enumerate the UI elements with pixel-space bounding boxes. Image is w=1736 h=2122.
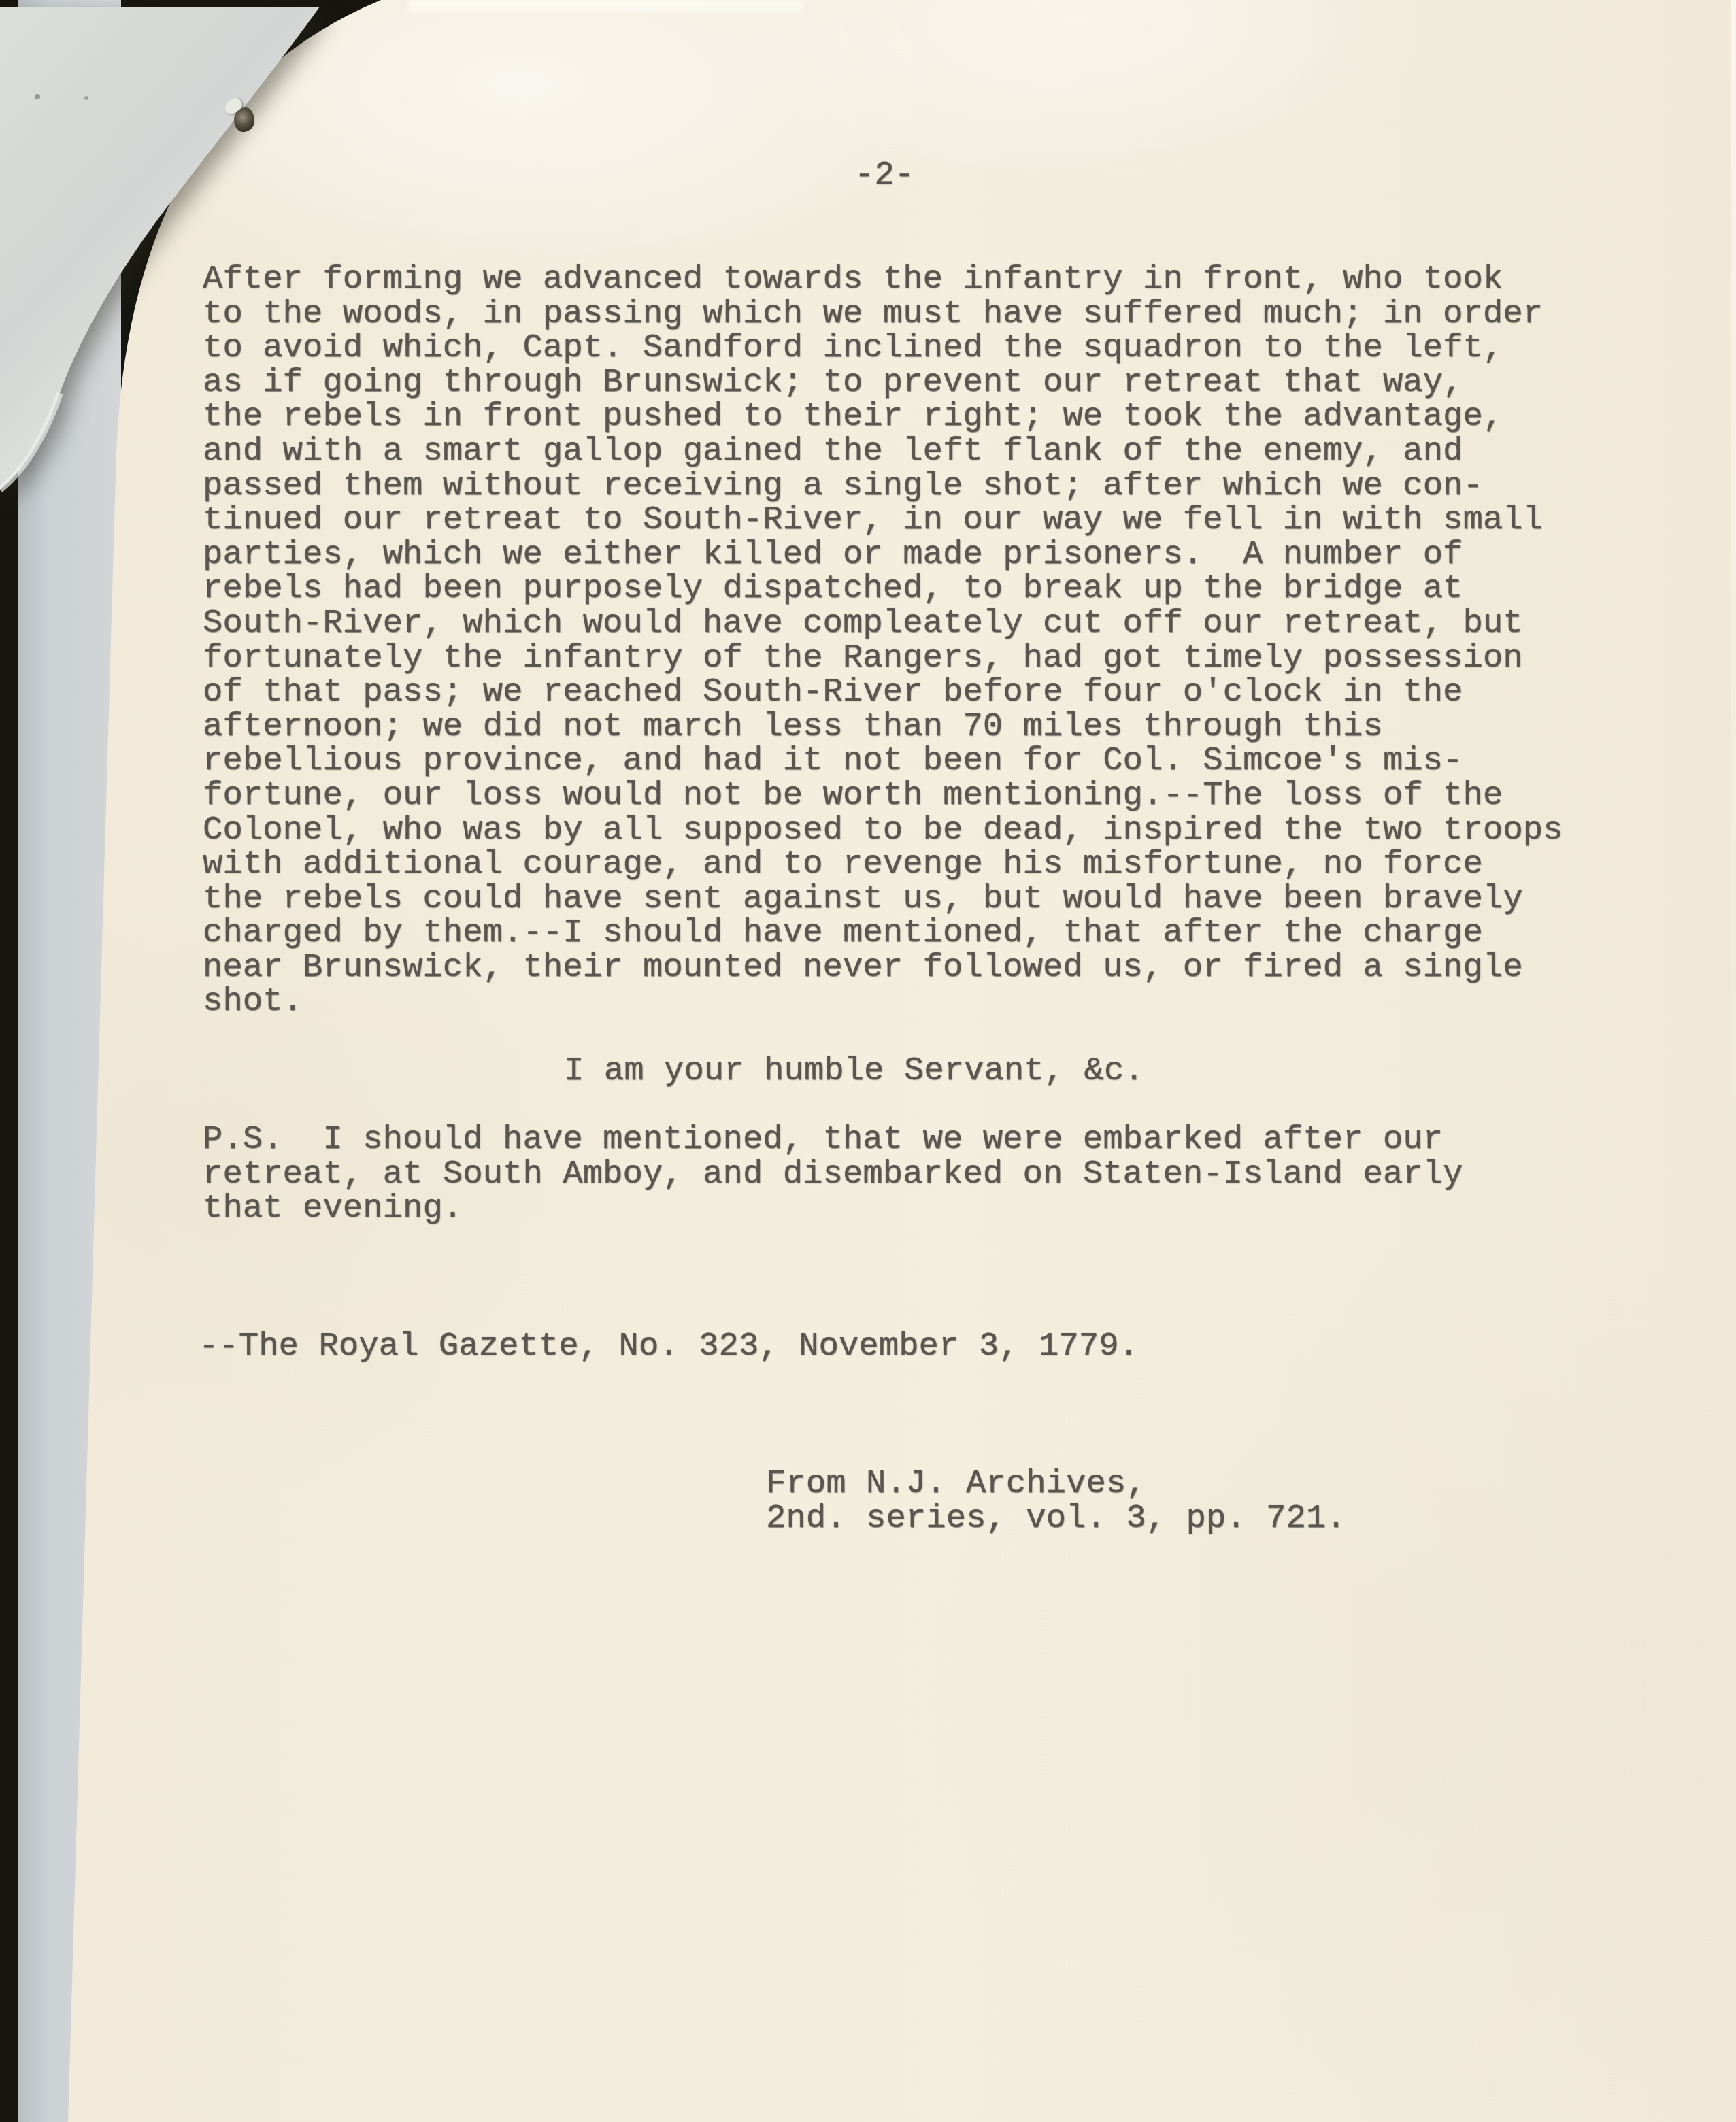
scanned-document: -2- After forming we advanced towards th…	[0, 0, 1736, 2122]
closing-line: I am your humble Servant, &c.	[564, 1054, 1144, 1088]
source-citation: --The Royal Gazette, No. 323, November 3…	[199, 1329, 1139, 1364]
folded-corner	[0, 0, 517, 585]
paper-speck	[84, 96, 88, 100]
paper-speck	[35, 94, 40, 99]
page-number: -2-	[854, 158, 914, 192]
staple-hole	[234, 107, 254, 132]
postscript: P.S. I should have mentioned, that we we…	[203, 1122, 1463, 1226]
page-right-edge	[1731, 0, 1736, 1156]
archive-reference: From N.J. Archives, 2nd. series, vol. 3,…	[766, 1466, 1346, 1535]
